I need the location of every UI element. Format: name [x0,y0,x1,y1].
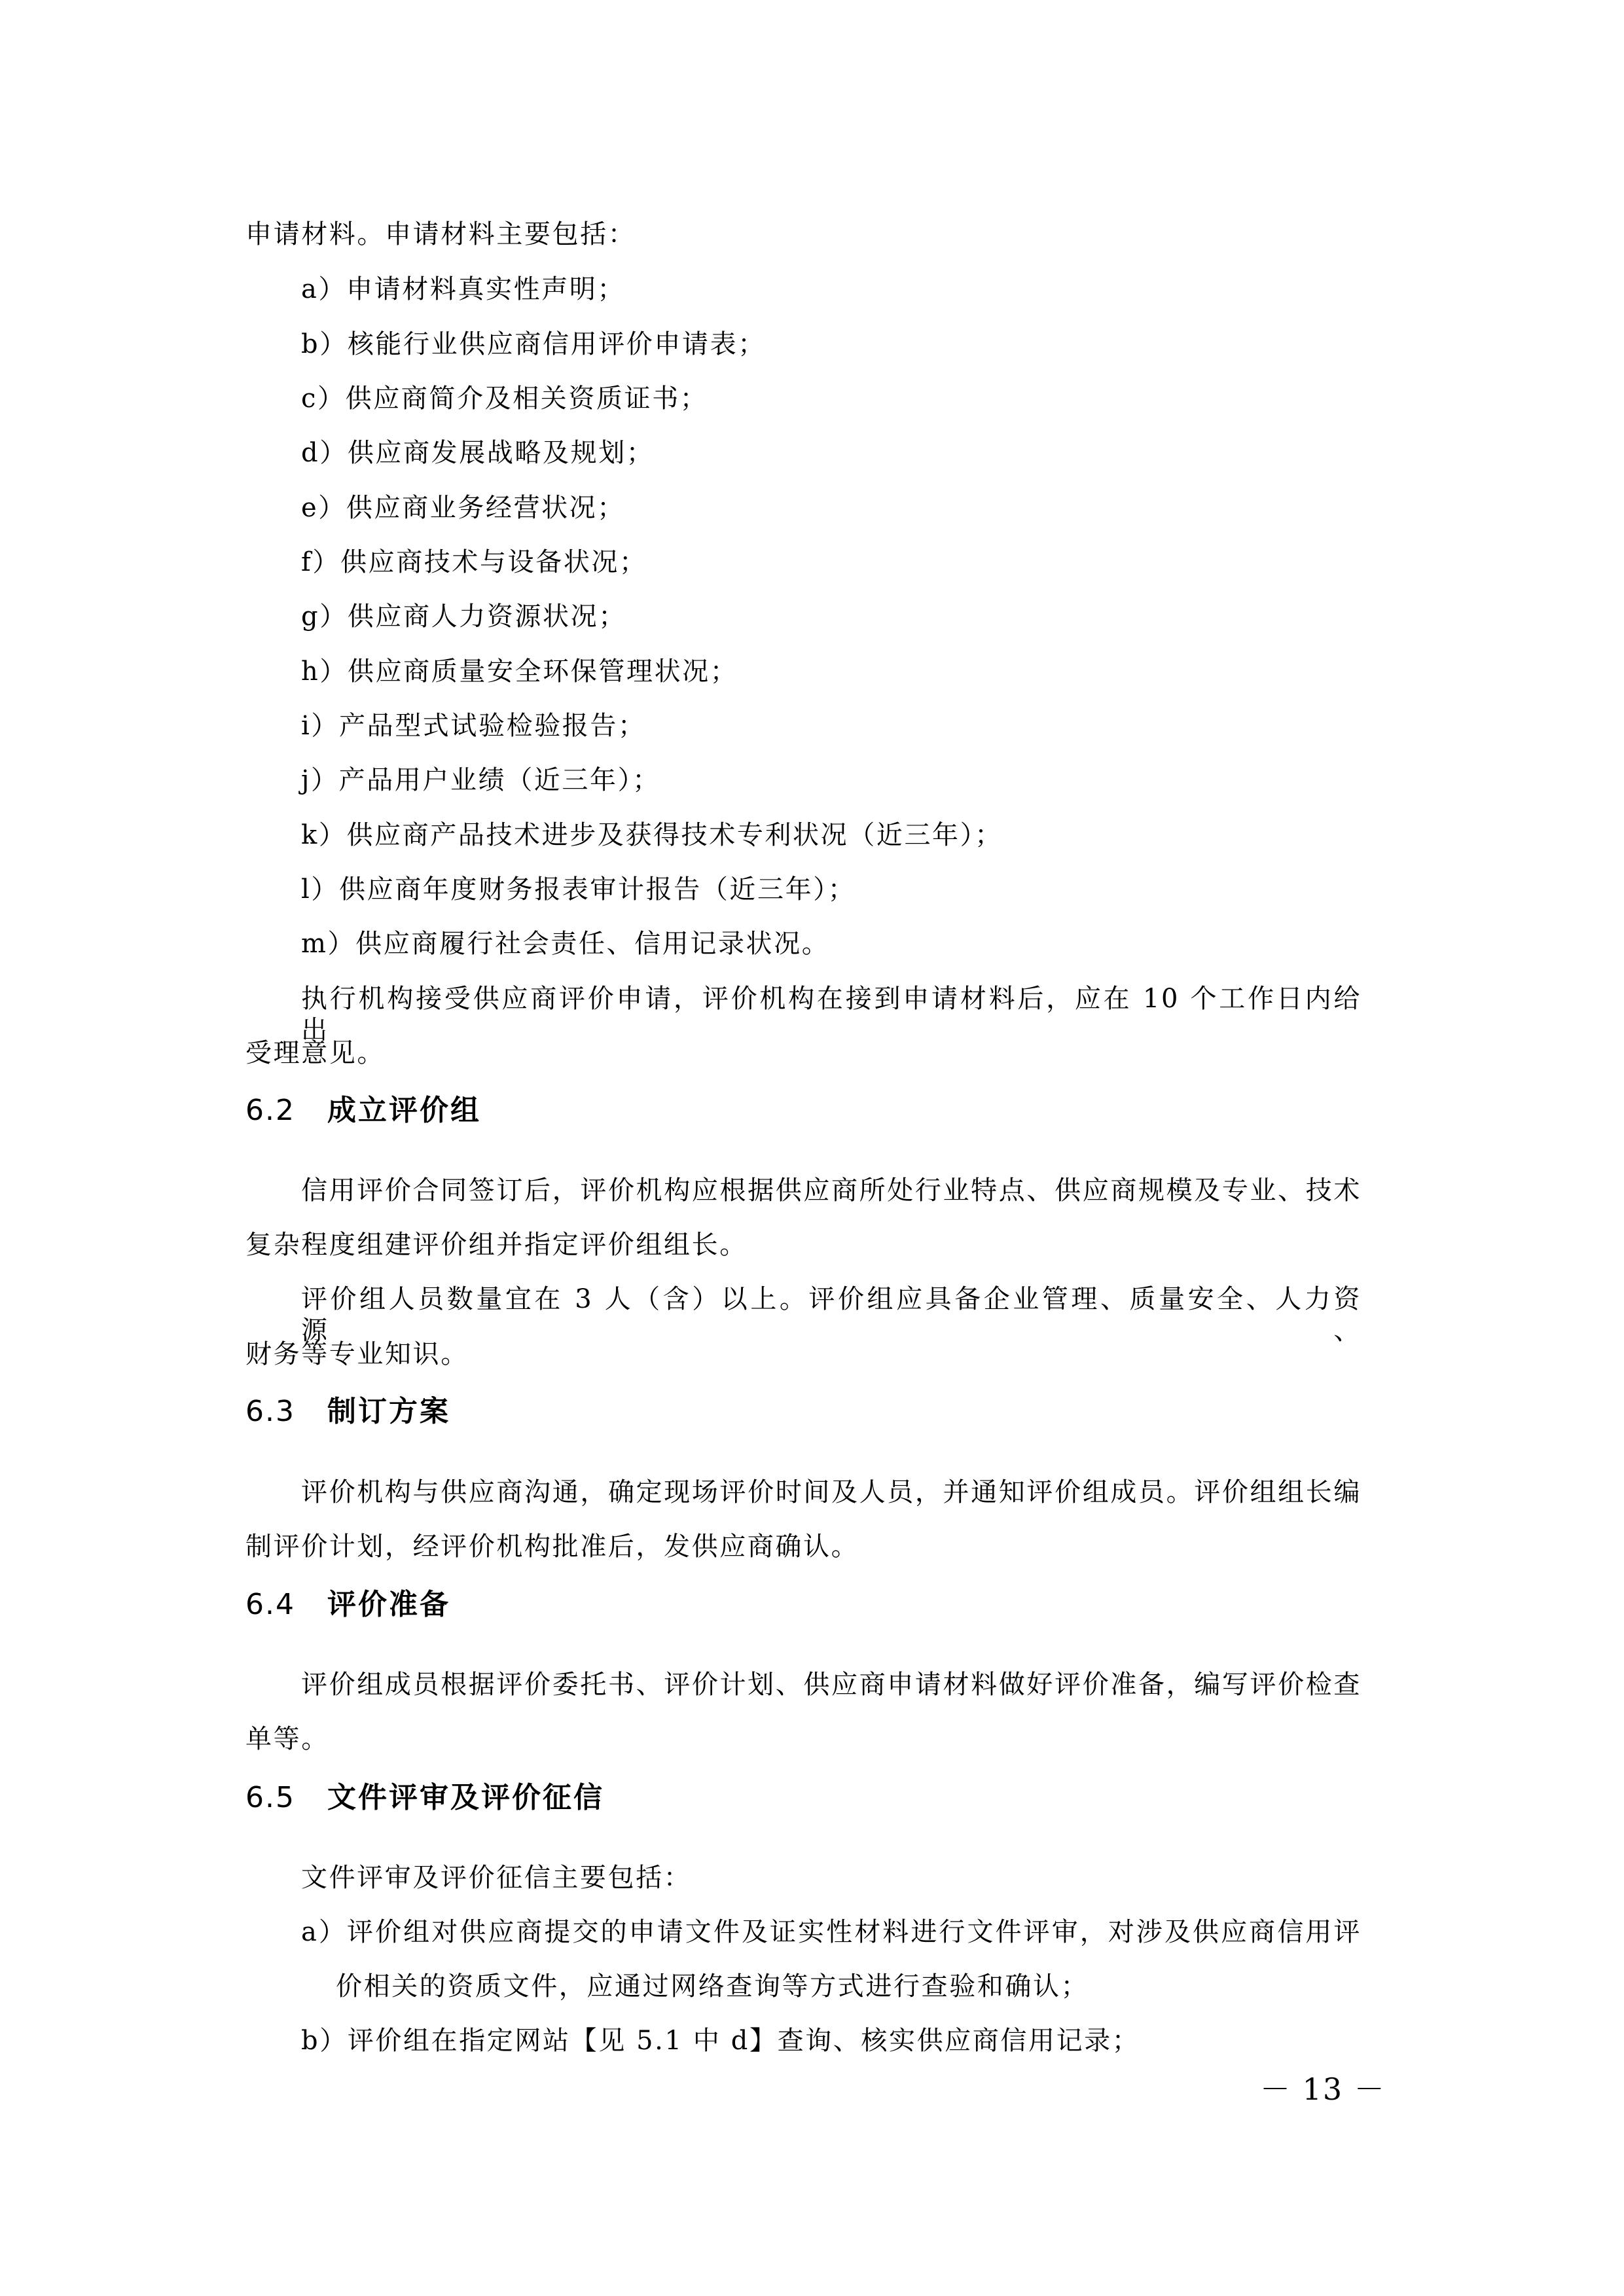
list-item-k: k）供应商产品技术进步及获得技术专利状况（近三年）； [301,819,1003,851]
section-6-5-intro: 文件评审及评价征信主要包括： [301,1862,691,1893]
list-marker: d） [301,438,348,468]
section-heading-6-3: 6.3制订方案 [245,1394,450,1429]
section-number: 6.4 [245,1587,327,1623]
list-text: 申请材料真实性声明； [346,274,625,304]
page-number: － 13 － [1260,2071,1386,2108]
acceptance-paragraph-line1: 执行机构接受供应商评价申请，评价机构在接到申请材料后，应在 10 个工作日内给出 [301,983,1362,1046]
list-item-d: d）供应商发展战略及规划； [301,437,654,469]
list-text: 产品型式试验检验报告； [339,711,646,741]
section-title: 文件评审及评价征信 [327,1781,604,1814]
section-6-2-para1-line2: 复杂程度组建评价组并指定评价组组长。 [245,1229,748,1261]
intro-line: 申请材料。申请材料主要包括： [245,219,636,250]
list-text: 供应商履行社会责任、信用记录状况。 [355,929,829,959]
section-6-4-para1-line2: 单等。 [245,1723,329,1755]
section-6-5-item-a-line2: 价相关的资质文件，应通过网络查询等方式进行查验和确认； [336,1971,1089,2002]
list-text: 供应商发展战略及规划； [348,438,655,468]
list-item-l: l）供应商年度财务报表审计报告（近三年）； [301,874,856,905]
list-text: 供应商人力资源状况； [348,601,626,632]
section-heading-6-4: 6.4评价准备 [245,1587,450,1623]
section-6-2-para2-line2: 财务等专业知识。 [245,1338,469,1370]
list-item-c: c）供应商简介及相关资质证书； [301,383,708,414]
section-6-5-item-a-line1: a）评价组对供应商提交的申请文件及证实性材料进行文件评审，对涉及供应商信用评 [301,1916,1362,1948]
section-6-2-para1-line1: 信用评价合同签订后，评价机构应根据供应商所处行业特点、供应商规模及专业、技术 [301,1175,1362,1206]
list-item-j: j）产品用户业绩（近三年）； [301,764,660,796]
list-text: 供应商技术与设备状况； [340,547,647,577]
list-marker: a） [301,274,346,304]
list-marker: e） [301,493,346,523]
list-item-e: e）供应商业务经营状况； [301,492,625,524]
list-marker: c） [301,384,346,414]
list-text: 供应商业务经营状况； [346,493,625,523]
list-marker: i） [301,711,339,741]
section-number: 6.5 [245,1780,327,1816]
list-text: 供应商产品技术进步及获得技术专利状况（近三年）； [346,820,1002,850]
section-heading-6-5: 6.5文件评审及评价征信 [245,1780,604,1816]
list-item-b: b）核能行业供应商信用评价申请表； [301,329,766,360]
acceptance-paragraph-line2: 受理意见。 [245,1037,385,1069]
list-marker: b） [301,329,348,359]
list-marker: l） [301,874,339,905]
list-marker: f） [301,547,340,577]
list-text: 评价组对供应商提交的申请文件及证实性材料进行文件评审，对涉及供应商信用评 [347,1917,1362,1947]
section-6-2-para2-line1: 评价组人员数量宜在 3 人（含）以上。评价组应具备企业管理、质量安全、人力资源、 [301,1283,1362,1346]
list-marker: a） [301,1917,347,1947]
list-text: 核能行业供应商信用评价申请表； [348,329,766,359]
section-heading-6-2: 6.2成立评价组 [245,1093,481,1128]
section-6-5-item-b: b）评价组在指定网站【见 5.1 中 d】查询、核实供应商信用记录； [301,2025,1140,2056]
section-6-3-para1-line1: 评价机构与供应商沟通，确定现场评价时间及人员，并通知评价组成员。评价组组长编 [301,1477,1362,1508]
list-item-i: i）产品型式试验检验报告； [301,710,646,742]
list-item-g: g）供应商人力资源状况； [301,601,626,632]
list-marker: m） [301,929,355,959]
document-page: 申请材料。申请材料主要包括： a）申请材料真实性声明； b）核能行业供应商信用评… [0,0,1624,2296]
list-marker: b） [301,2026,348,2056]
list-text: 供应商年度财务报表审计报告（近三年）； [339,874,856,905]
list-text: 产品用户业绩（近三年）； [339,765,660,795]
list-text: 评价组在指定网站【见 5.1 中 d】查询、核实供应商信用记录； [348,2026,1140,2056]
section-title: 制订方案 [327,1395,450,1428]
section-6-4-para1-line1: 评价组成员根据评价委托书、评价计划、供应商申请材料做好评价准备，编写评价检查 [301,1669,1362,1700]
section-title: 成立评价组 [327,1094,481,1127]
list-marker: k） [301,820,346,850]
list-marker: g） [301,601,348,632]
section-number: 6.2 [245,1093,327,1128]
list-item-m: m）供应商履行社会责任、信用记录状况。 [301,928,829,960]
list-marker: j） [301,765,339,795]
list-text: 供应商质量安全环保管理状况； [348,656,738,687]
list-marker: h） [301,656,348,687]
section-title: 评价准备 [327,1588,450,1621]
section-6-3-para1-line2: 制评价计划，经评价机构批准后，发供应商确认。 [245,1531,859,1562]
list-item-f: f）供应商技术与设备状况； [301,547,647,578]
list-item-a: a）申请材料真实性声明； [301,274,625,305]
list-item-h: h）供应商质量安全环保管理状况； [301,656,738,687]
list-text: 供应商简介及相关资质证书； [346,384,708,414]
section-number: 6.3 [245,1394,327,1429]
